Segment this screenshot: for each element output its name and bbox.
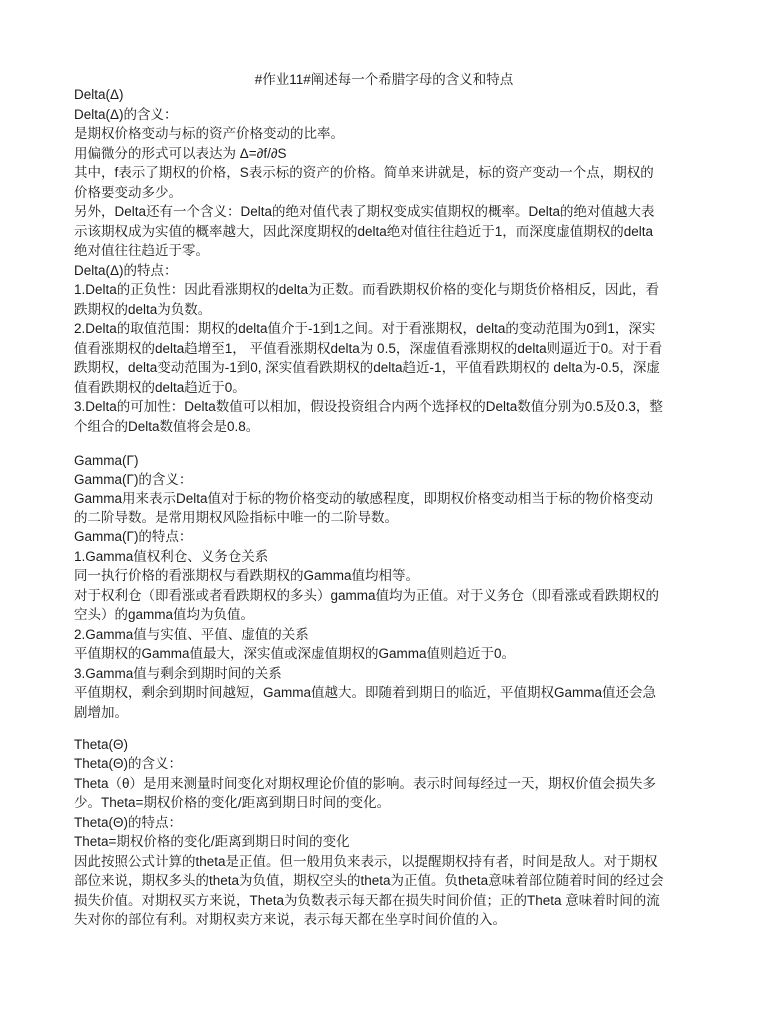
document-page: #作业11#阐述每一个希腊字母的含义和特点 Delta(Δ)Delta(Δ)的含… [0,0,768,1024]
text-line: 2.Gamma值与实值、平值、虚值的关系 [74,626,309,644]
text-line: 部位来说，期权多头的theta为负值，期权空头的theta为正值。负theta意… [74,872,664,890]
text-line: 平值期权的Gamma值最大，深实值或深虚值期权的Gamma值则趋近于0。 [74,645,515,663]
text-line: Theta（θ）是用来测量时间变化对期权理论价值的影响。表示时间每经过一天，期权… [74,775,656,793]
text-line: 值看跌期权的delta趋近于0。 [74,379,246,397]
text-line: 值看涨期权的delta趋增至1， 平值看涨期权delta为 0.5，深虚值看涨期… [74,340,662,358]
text-line: 损失价值。对期权买方来说，Theta为负数表示每天都在损失时间价值；正的Thet… [74,892,660,910]
text-line: 同一执行价格的看涨期权与看跌期权的Gamma值均相等。 [74,567,419,585]
text-line: 1.Delta的正负性：因此看涨期权的delta为正数。而看跌期权价格的变化与期… [74,281,659,299]
text-line: Theta(Θ)的特点： [74,814,182,832]
text-line: 的二阶导数。是常用期权风险指标中唯一的二阶导数。 [74,509,398,527]
text-line: 平值期权，剩余到期时间越短，Gamma值越大。即随着到期日的临近，平值期权Gam… [74,684,656,702]
text-line: 其中，f表示了期权的价格，S表示标的资产的价格。简单来讲就是，标的资产变动一个点… [74,164,654,182]
text-line: 对于权利仓（即看涨或者看跌期权的多头）gamma值均为正值。对于义务仓（即看涨或… [74,587,659,605]
text-line: 因此按照公式计算的theta是正值。但一般用负来表示，以提醒期权持有者，时间是敌… [74,853,658,871]
text-line: 3.Gamma值与剩余到期时间的关系 [74,665,282,683]
text-line: 示该期权成为实值的概率越大，因此深度期权的delta绝对值往往趋近于1，而深度虚… [74,223,653,241]
text-line: Delta(Δ)的特点： [74,262,178,280]
text-line: 用偏微分的形式可以表达为 Δ=∂f/∂S [74,145,287,163]
text-line: Gamma用来表示Delta值对于标的物价格变动的敏感程度，即期权价格变动相当于… [74,490,653,508]
text-line: Delta(Δ) [74,86,124,104]
text-line: 少。Theta=期权价格的变化/距离到期日时间的变化。 [74,794,390,812]
text-line: 2.Delta的取值范围：期权的delta值介于-1到1之间。对于看涨期权，de… [74,320,655,338]
text-line: 3.Delta的可加性：Delta数值可以相加，假设投资组合内两个选择权的Del… [74,398,663,416]
text-line: 跌期权的delta为负数。 [74,301,211,319]
text-line: Gamma(Γ) [74,452,138,470]
text-line: 失对你的部位有利。对期权卖方来说，表示每天都在坐享时间价值的入。 [74,911,506,929]
text-line: 跌期权，delta变动范围为-1到0, 深实值看跌期权的delta趋近-1，平值… [74,359,660,377]
text-line: Delta(Δ)的含义： [74,106,178,124]
text-line: 是期权价格变动与标的资产价格变动的比率。 [74,125,344,143]
text-line: Theta(Θ) [74,736,128,754]
text-line: 剧增加。 [74,704,128,722]
text-line: 空头）的gamma值均为负值。 [74,606,254,624]
text-line: 个组合的Delta数值将会是0.8。 [74,418,259,436]
text-line: Theta(Θ)的含义： [74,755,182,773]
text-line: Gamma(Γ)的特点： [74,528,192,546]
text-line: 1.Gamma值权利仓、义务仓关系 [74,548,268,566]
text-line: 另外，Delta还有一个含义：Delta的绝对值代表了期权变成实值期权的概率。D… [74,203,655,221]
text-line: 绝对值往往趋近于零。 [74,242,209,260]
text-line: Gamma(Γ)的含义： [74,471,192,489]
text-line: Theta=期权价格的变化/距离到期日时间的变化 [74,833,350,851]
text-line: 价格要变动多少。 [74,184,182,202]
